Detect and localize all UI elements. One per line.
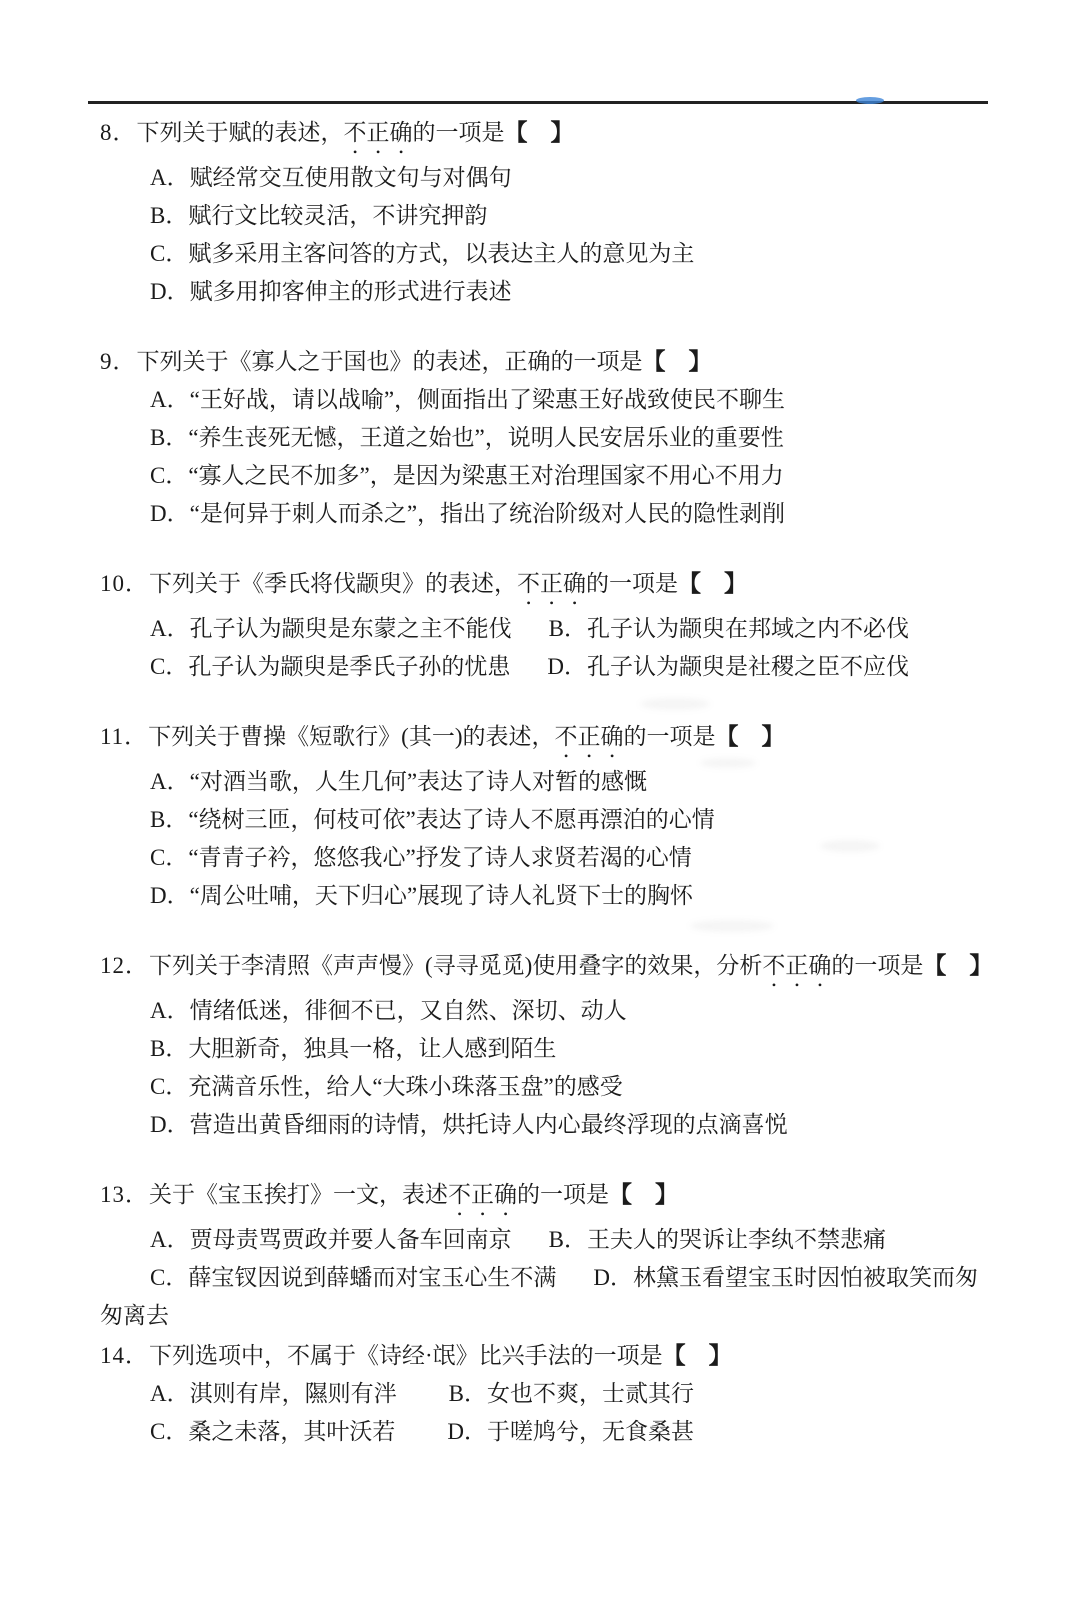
option-row: B．“养生丧死无憾，王道之始也”，说明人民安居乐业的重要性 bbox=[100, 419, 990, 457]
option-row: C．桑之未落，其叶沃若D．于嗟鸠兮，无食桑甚 bbox=[100, 1413, 990, 1451]
q8-option-C: C．赋多采用主客问答的方式，以表达主人的意见为主 bbox=[150, 241, 694, 266]
q14-option-D: D．于嗟鸠兮，无食桑甚 bbox=[447, 1419, 694, 1444]
question-10: 10．下列关于《季氏将伐颛臾》的表述，不正确的一项是【 】A．孔子认为颛臾是东蒙… bbox=[100, 565, 990, 686]
question-8-title: 8．下列关于赋的表述，不正确的一项是【 】 bbox=[100, 114, 990, 159]
title-text: 下列选项中，不属于《诗经·氓》比兴手法的一项是 bbox=[149, 1343, 663, 1368]
question-13: 13．关于《宝玉挨打》一文，表述不正确的一项是【 】A．贾母责骂贾政并要人备车回… bbox=[100, 1176, 990, 1335]
title-text: 下列关于《季氏将伐颛臾》的表述， bbox=[149, 571, 517, 596]
answer-bracket: 【 】 bbox=[505, 120, 574, 145]
option-row: B．赋行文比较灵活，不讲究押韵 bbox=[100, 197, 990, 235]
blue-ink-mark bbox=[856, 97, 884, 104]
option-row: C．“寡人之民不加多”，是因为梁惠王对治理国家不用心不用力 bbox=[100, 457, 990, 495]
title-text: 关于《宝玉挨打》一文，表述 bbox=[149, 1182, 448, 1207]
title-text: 的一项是 bbox=[517, 1182, 609, 1207]
title-text: 下列关于《寡人之于国也》的表述，正确的一项是 bbox=[137, 349, 643, 374]
option-row: C．赋多采用主客问答的方式，以表达主人的意见为主 bbox=[100, 235, 990, 273]
q11-option-C: C．“青青子衿，悠悠我心”抒发了诗人求贤若渴的心情 bbox=[150, 845, 692, 870]
q12-option-C: C．充满音乐性，给人“大珠小珠落玉盘”的感受 bbox=[150, 1074, 623, 1099]
q10-option-B: B．孔子认为颛臾在邦域之内不必伐 bbox=[549, 616, 909, 641]
answer-bracket: 【 】 bbox=[678, 571, 747, 596]
title-emphasized-text: 不正确 bbox=[554, 724, 623, 749]
option-row: A．“王好战，请以战喻”，侧面指出了梁惠王好战致使民不聊生 bbox=[100, 381, 990, 419]
question-11-title: 11．下列关于曹操《短歌行》(其一)的表述，不正确的一项是【 】 bbox=[100, 718, 990, 763]
option-row: C．“青青子衿，悠悠我心”抒发了诗人求贤若渴的心情 bbox=[100, 839, 990, 877]
q8-option-A: A．赋经常交互使用散文句与对偶句 bbox=[150, 165, 512, 190]
q9-option-B: B．“养生丧死无憾，王道之始也”，说明人民安居乐业的重要性 bbox=[150, 425, 784, 450]
q9-option-C: C．“寡人之民不加多”，是因为梁惠王对治理国家不用心不用力 bbox=[150, 463, 784, 488]
q9-option-A: A．“王好战，请以战喻”，侧面指出了梁惠王好战致使民不聊生 bbox=[150, 387, 785, 412]
q14-option-C: C．桑之未落，其叶沃若 bbox=[150, 1419, 395, 1444]
option-row: D．赋多用抑客伸主的形式进行表述 bbox=[100, 273, 990, 311]
title-text: 下列关于李清照《声声慢》(寻寻觅觅)使用叠字的效果，分析 bbox=[149, 953, 762, 978]
title-text: 的一项是 bbox=[623, 724, 715, 749]
q12-option-D: D．营造出黄昏细雨的诗情，烘托诗人内心最终浮现的点滴喜悦 bbox=[150, 1112, 788, 1137]
question-number: 13． bbox=[100, 1182, 149, 1207]
q10-option-A: A．孔子认为颛臾是东蒙之主不能伐 bbox=[150, 616, 512, 641]
page-divider-line bbox=[88, 101, 988, 104]
q11-option-D: D．“周公吐哺，天下归心”展现了诗人礼贤下士的胸怀 bbox=[150, 883, 693, 908]
q9-option-D: D．“是何异于刺人而杀之”，指出了统治阶级对人民的隐性剥削 bbox=[150, 501, 785, 526]
answer-bracket: 【 】 bbox=[663, 1343, 732, 1368]
option-row: B．大胆新奇，独具一格，让人感到陌生 bbox=[100, 1030, 990, 1068]
option-row: A．孔子认为颛臾是东蒙之主不能伐B．孔子认为颛臾在邦域之内不必伐 bbox=[100, 610, 990, 648]
title-text: 的一项是 bbox=[413, 120, 505, 145]
question-list: 8．下列关于赋的表述，不正确的一项是【 】A．赋经常交互使用散文句与对偶句B．赋… bbox=[100, 108, 990, 1451]
title-text: 下列关于赋的表述， bbox=[137, 120, 344, 145]
question-8: 8．下列关于赋的表述，不正确的一项是【 】A．赋经常交互使用散文句与对偶句B．赋… bbox=[100, 114, 990, 311]
option-row: D．“周公吐哺，天下归心”展现了诗人礼贤下士的胸怀 bbox=[100, 877, 990, 915]
question-9-title: 9．下列关于《寡人之于国也》的表述，正确的一项是【 】 bbox=[100, 343, 990, 381]
question-9: 9．下列关于《寡人之于国也》的表述，正确的一项是【 】A．“王好战，请以战喻”，… bbox=[100, 343, 990, 533]
question-13-title: 13．关于《宝玉挨打》一文，表述不正确的一项是【 】 bbox=[100, 1176, 990, 1221]
q13-option-C: C．薛宝钗因说到薛蟠而对宝玉心生不满 bbox=[150, 1265, 556, 1290]
option-row: D．“是何异于刺人而杀之”，指出了统治阶级对人民的隐性剥削 bbox=[100, 495, 990, 533]
option-row: C．孔子认为颛臾是季氏子孙的忧患D．孔子认为颛臾是社稷之臣不应伐 bbox=[100, 648, 990, 686]
question-14: 14．下列选项中，不属于《诗经·氓》比兴手法的一项是【 】A．淇则有岸，隰则有泮… bbox=[100, 1337, 990, 1451]
title-text: 的一项是 bbox=[831, 953, 923, 978]
q13-option-A: A．贾母责骂贾政并要人备车回南京 bbox=[150, 1227, 512, 1252]
question-number: 9． bbox=[100, 349, 137, 374]
question-14-title: 14．下列选项中，不属于《诗经·氓》比兴手法的一项是【 】 bbox=[100, 1337, 990, 1375]
option-row: A．情绪低迷，徘徊不已，又自然、深切、动人 bbox=[100, 992, 990, 1030]
question-number: 8． bbox=[100, 120, 137, 145]
question-10-title: 10．下列关于《季氏将伐颛臾》的表述，不正确的一项是【 】 bbox=[100, 565, 990, 610]
q8-option-D: D．赋多用抑客伸主的形式进行表述 bbox=[150, 279, 512, 304]
q8-option-B: B．赋行文比较灵活，不讲究押韵 bbox=[150, 203, 487, 228]
question-12-title: 12．下列关于李清照《声声慢》(寻寻觅觅)使用叠字的效果，分析不正确的一项是【 … bbox=[100, 947, 990, 992]
answer-bracket: 【 】 bbox=[643, 349, 712, 374]
option-row: B．“绕树三匝，何枝可依”表达了诗人不愿再漂泊的心情 bbox=[100, 801, 990, 839]
option-row: A．贾母责骂贾政并要人备车回南京B．王夫人的哭诉让李纨不禁悲痛 bbox=[100, 1221, 990, 1259]
question-number: 14． bbox=[100, 1343, 149, 1368]
title-emphasized-text: 不正确 bbox=[448, 1182, 517, 1207]
option-row: C．充满音乐性，给人“大珠小珠落玉盘”的感受 bbox=[100, 1068, 990, 1106]
q11-option-A: A．“对酒当歌，人生几何”表达了诗人对暂的感慨 bbox=[150, 769, 647, 794]
title-text: 的一项是 bbox=[586, 571, 678, 596]
question-number: 12． bbox=[100, 953, 149, 978]
option-row: C．薛宝钗因说到薛蟠而对宝玉心生不满D．林黛玉看望宝玉时因怕被取笑而匆匆离去 bbox=[100, 1259, 990, 1335]
q12-option-A: A．情绪低迷，徘徊不已，又自然、深切、动人 bbox=[150, 998, 627, 1023]
question-number: 10． bbox=[100, 571, 149, 596]
title-emphasized-text: 不正确 bbox=[517, 571, 586, 596]
exam-page: 8．下列关于赋的表述，不正确的一项是【 】A．赋经常交互使用散文句与对偶句B．赋… bbox=[0, 0, 1080, 1600]
q14-option-B: B．女也不爽，士贰其行 bbox=[449, 1381, 694, 1406]
q10-option-C: C．孔子认为颛臾是季氏子孙的忧患 bbox=[150, 654, 510, 679]
question-12: 12．下列关于李清照《声声慢》(寻寻觅觅)使用叠字的效果，分析不正确的一项是【 … bbox=[100, 947, 990, 1144]
answer-bracket: 【 】 bbox=[923, 953, 992, 978]
question-11: 11．下列关于曹操《短歌行》(其一)的表述，不正确的一项是【 】A．“对酒当歌，… bbox=[100, 718, 990, 915]
q13-option-B: B．王夫人的哭诉让李纨不禁悲痛 bbox=[549, 1227, 886, 1252]
title-text: 下列关于曹操《短歌行》(其一)的表述， bbox=[148, 724, 554, 749]
option-row: A．淇则有岸，隰则有泮B．女也不爽，士贰其行 bbox=[100, 1375, 990, 1413]
answer-bracket: 【 】 bbox=[715, 724, 784, 749]
q14-option-A: A．淇则有岸，隰则有泮 bbox=[150, 1381, 397, 1406]
option-row: D．营造出黄昏细雨的诗情，烘托诗人内心最终浮现的点滴喜悦 bbox=[100, 1106, 990, 1144]
title-emphasized-text: 不正确 bbox=[344, 120, 413, 145]
question-number: 11． bbox=[100, 724, 148, 749]
title-emphasized-text: 不正确 bbox=[762, 953, 831, 978]
answer-bracket: 【 】 bbox=[609, 1182, 678, 1207]
q12-option-B: B．大胆新奇，独具一格，让人感到陌生 bbox=[150, 1036, 556, 1061]
option-row: A．“对酒当歌，人生几何”表达了诗人对暂的感慨 bbox=[100, 763, 990, 801]
option-row: A．赋经常交互使用散文句与对偶句 bbox=[100, 159, 990, 197]
q11-option-B: B．“绕树三匝，何枝可依”表达了诗人不愿再漂泊的心情 bbox=[150, 807, 715, 832]
q10-option-D: D．孔子认为颛臾是社稷之臣不应伐 bbox=[547, 654, 909, 679]
